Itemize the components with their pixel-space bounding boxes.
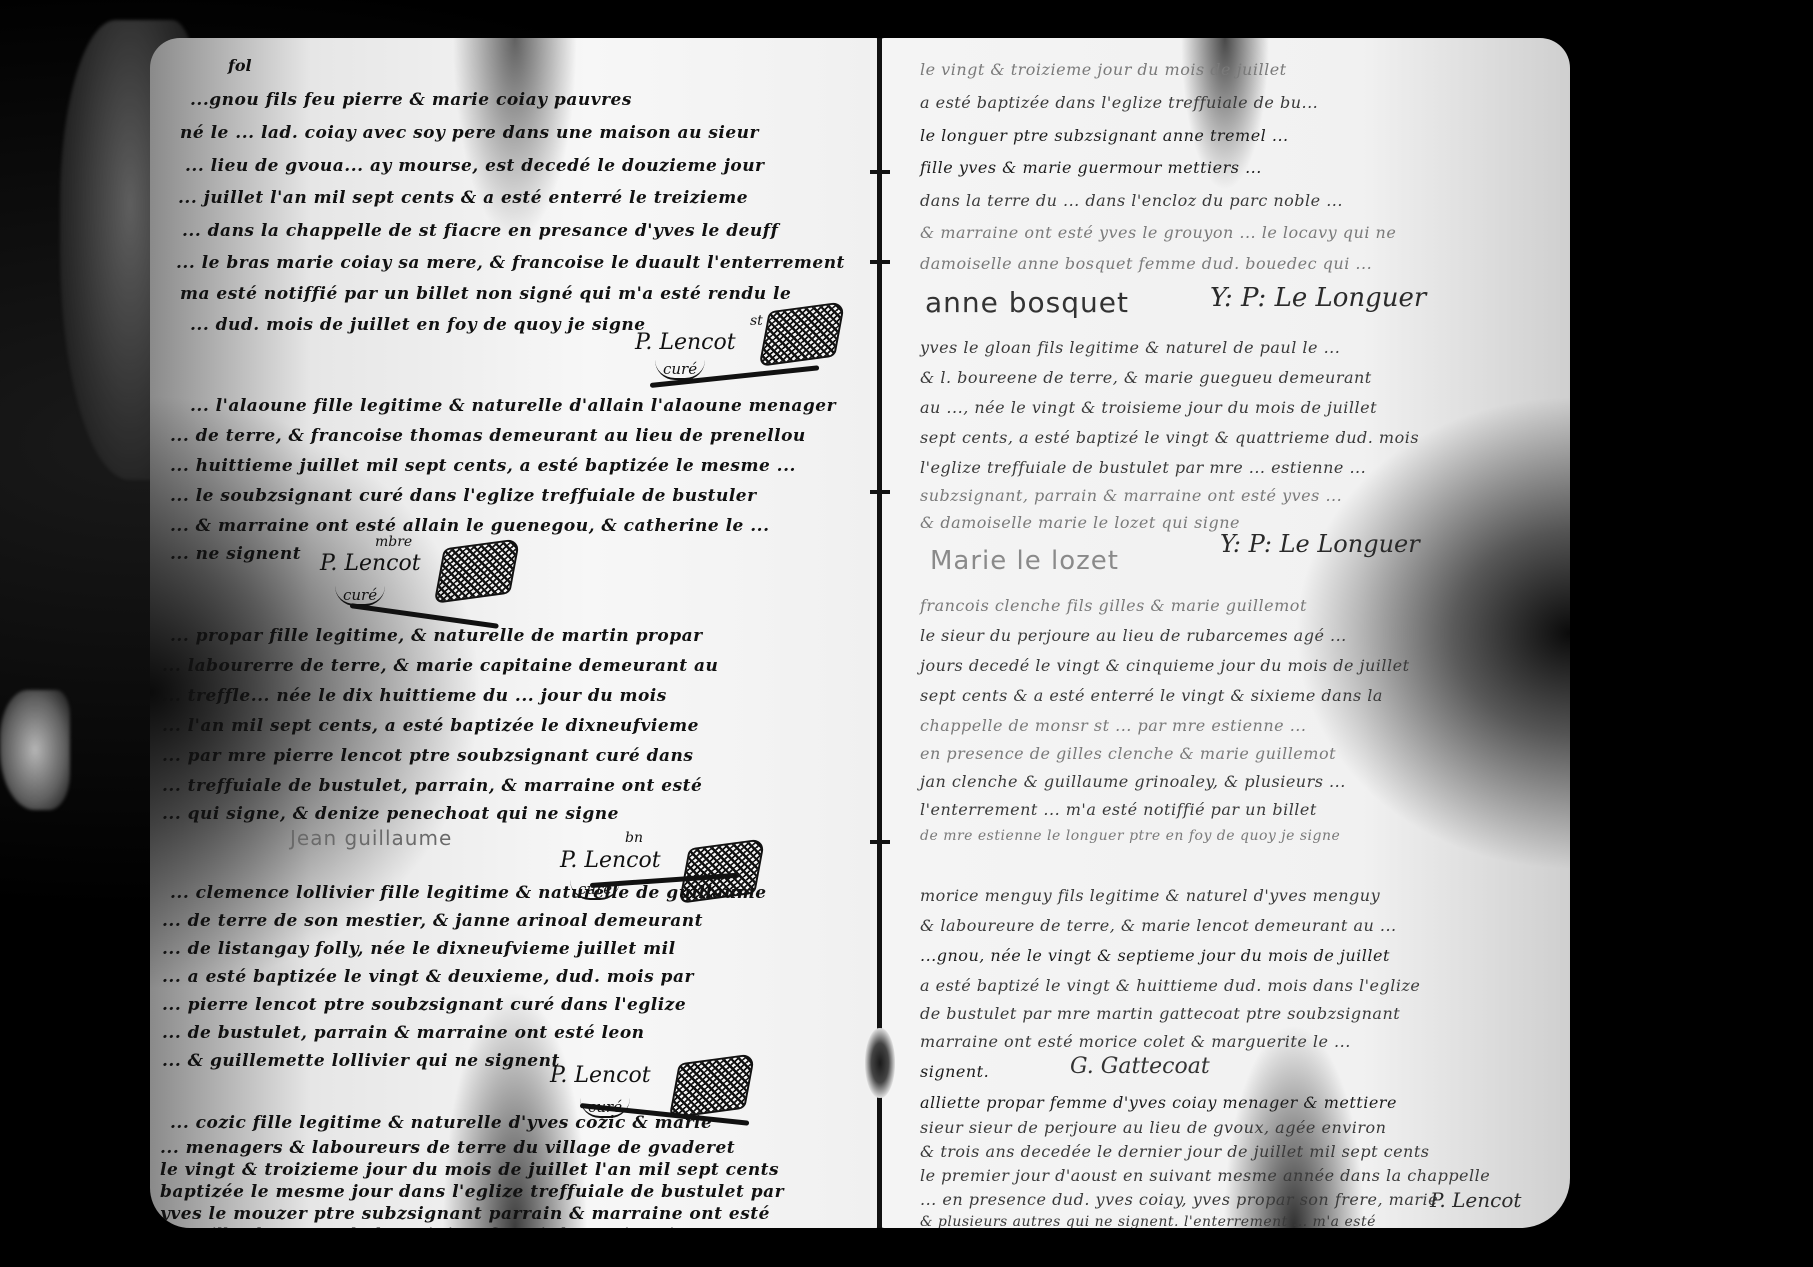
right-page: le vingt & troizieme jour du mois de jui… bbox=[880, 38, 1570, 1228]
signature-superscript: bn bbox=[625, 830, 643, 846]
entry-line: ... a esté baptizée le vingt & deuxieme,… bbox=[162, 967, 694, 987]
priest-signature: P. Lencot bbox=[1430, 1188, 1521, 1212]
entry-line: ... & marraine ont esté allain le gueneg… bbox=[170, 516, 770, 536]
witness-signature: Marie le lozet bbox=[930, 546, 1119, 576]
entry-line: le longuer ptre subzsignant anne tremel … bbox=[920, 126, 1289, 145]
entry-line: marraine ont esté morice colet & marguer… bbox=[920, 1032, 1351, 1051]
entry-line: subzsignant, parrain & marraine ont esté… bbox=[920, 486, 1342, 505]
entry-line: fille yves & marie guermour mettiers ... bbox=[920, 158, 1262, 177]
entry-line: ... lieu de gvoua... ay mourse, est dece… bbox=[185, 156, 765, 176]
binding-stitch-icon bbox=[870, 490, 890, 494]
witness-signature: anne bosquet bbox=[925, 286, 1129, 319]
entry-line: l'eglize treffuiale de bustulet par mre … bbox=[920, 458, 1366, 477]
entry-line: ... huittieme juillet mil sept cents, a … bbox=[170, 456, 796, 476]
entry-line: le sieur du perjoure au lieu de rubarcem… bbox=[920, 626, 1347, 645]
entry-line: le vingt & troizieme jour du mois de jui… bbox=[920, 60, 1287, 79]
entry-line: & laboureure de terre, & marie lencot de… bbox=[920, 916, 1397, 935]
entry-line: sept cents, a esté baptizé le vingt & qu… bbox=[920, 428, 1419, 447]
entry-line: ... pierre lencot ptre soubzsignant curé… bbox=[162, 995, 686, 1015]
priest-signature: P. Lencot bbox=[320, 551, 421, 576]
entry-line: ma esté notiffié par un billet non signé… bbox=[180, 284, 791, 304]
entry-line: ... & guillemette lollivier qui ne signe… bbox=[162, 1051, 560, 1071]
signature-paraph-icon bbox=[434, 538, 521, 604]
entry-line: le vingt & troizieme jour du mois de jui… bbox=[160, 1160, 779, 1180]
entry-line: ... menagers & laboureurs de terre du vi… bbox=[160, 1138, 735, 1158]
entry-line: signent. bbox=[920, 1062, 989, 1081]
priest-signature: Y: P: Le Longuer bbox=[1220, 530, 1420, 558]
entry-line: de bustulet par mre martin gattecoat ptr… bbox=[920, 1004, 1400, 1023]
open-register: fol ...gnou fils feu pierre & marie coia… bbox=[150, 38, 1570, 1228]
entry-line: yves le mouzer ptre subzsignant parrain … bbox=[160, 1204, 770, 1224]
entry-line: ... labourerre de terre, & marie capitai… bbox=[162, 656, 718, 676]
entry-line: ...gnou fils feu pierre & marie coiay pa… bbox=[190, 90, 632, 110]
priest-signature: P. Lencot bbox=[635, 330, 736, 355]
entry-line: ... treffle... née le dix huittieme du .… bbox=[162, 686, 667, 706]
entry-line: ... de terre, & francoise thomas demeura… bbox=[170, 426, 806, 446]
entry-line: de mre estienne le longuer ptre en foy d… bbox=[920, 828, 1340, 844]
entry-line: en presence de gilles clenche & marie gu… bbox=[920, 744, 1336, 763]
entry-line: morice menguy fils legitime & naturel d'… bbox=[920, 886, 1380, 905]
signature-paraph-icon bbox=[759, 301, 846, 367]
entry-line: ... de bustulet, parrain & marraine ont … bbox=[162, 1023, 645, 1043]
entry-line: yves le gloan fils legitime & naturel de… bbox=[920, 338, 1340, 357]
entry-line: dans la terre du ... dans l'encloz du pa… bbox=[920, 191, 1343, 210]
binding-stitch-icon bbox=[870, 170, 890, 174]
entry-line: jan clenche & guillaume grinoaley, & plu… bbox=[920, 772, 1346, 791]
priest-signature: Y: P: Le Longuer bbox=[1210, 283, 1426, 313]
entry-line: sept cents & a esté enterré le vingt & s… bbox=[920, 686, 1383, 705]
priest-signature: P. Lencot bbox=[560, 848, 661, 873]
entry-line: ... le bras marie coiay sa mere, & franc… bbox=[176, 253, 845, 273]
entry-line: ... le soubzsignant curé dans l'eglize t… bbox=[170, 486, 757, 506]
witness-signature: Jean guillaume bbox=[290, 826, 452, 850]
entry-line: ... propar fille legitime, & naturelle d… bbox=[170, 626, 703, 646]
entry-line: l'enterrement ... m'a esté notiffié par … bbox=[920, 800, 1317, 819]
entry-line: né le ... lad. coiay avec soy pere dans … bbox=[180, 123, 759, 143]
entry-line: ... dans la chappelle de st fiacre en pr… bbox=[182, 221, 778, 241]
flourish-stroke bbox=[350, 603, 499, 629]
entry-line: ... treffuiale de bustulet, parrain, & m… bbox=[162, 776, 702, 796]
entry-line: ...gnou, née le vingt & septieme jour du… bbox=[920, 946, 1390, 965]
entry-line: damoiselle anne bosquet femme dud. boued… bbox=[920, 254, 1372, 273]
entry-line: au ..., née le vingt & troisieme jour du… bbox=[920, 398, 1377, 417]
entry-line: ... de listangay folly, née le dixneufvi… bbox=[162, 939, 676, 959]
entry-line: chappelle de monsr st ... par mre estien… bbox=[920, 716, 1306, 735]
entry-line: francois clenche fils gilles & marie gui… bbox=[920, 596, 1307, 615]
entry-line: le premier jour d'aoust en suivant mesme… bbox=[920, 1166, 1490, 1185]
signature-superscript: mbre bbox=[375, 534, 412, 550]
left-page: fol ...gnou fils feu pierre & marie coia… bbox=[150, 38, 880, 1228]
priest-signature: P. Lencot bbox=[550, 1063, 651, 1088]
entry-line: a esté baptizé le vingt & huittieme dud.… bbox=[920, 976, 1420, 995]
entry-line: ... en presence dud. yves coiay, yves pr… bbox=[920, 1190, 1438, 1209]
entry-line: & plusieurs autres qui ne signent. l'ent… bbox=[920, 1214, 1376, 1228]
entry-line: ... l'alaoune fille legitime & naturelle… bbox=[190, 396, 836, 416]
binding-knot-icon bbox=[865, 1028, 895, 1098]
cure-title: curé bbox=[335, 586, 385, 606]
entry-line: & marraine ont esté yves le grouyon ... … bbox=[920, 223, 1396, 242]
entry-line: alliette propar femme d'yves coiay menag… bbox=[920, 1093, 1397, 1112]
entry-line: ... par mre pierre lencot ptre soubzsign… bbox=[162, 746, 693, 766]
entry-line: yves gilles de coatgourheden qui signe &… bbox=[160, 1226, 705, 1228]
signature-superscript: st bbox=[750, 313, 763, 329]
binding-stitch-icon bbox=[870, 260, 890, 264]
entry-line: ... juillet l'an mil sept cents & a esté… bbox=[178, 188, 748, 208]
binding-stitch-icon bbox=[870, 840, 890, 844]
priest-signature: G. Gattecoat bbox=[1070, 1054, 1210, 1079]
folio-note: fol bbox=[228, 56, 252, 75]
entry-line: ... de terre de son mestier, & janne ari… bbox=[162, 911, 703, 931]
entry-line: ... cozic fille legitime & naturelle d'y… bbox=[170, 1113, 712, 1133]
torn-page-fragment bbox=[0, 690, 70, 810]
entry-line: & damoiselle marie le lozet qui signe bbox=[920, 513, 1240, 532]
entry-line: a esté baptizée dans l'eglize treffuiale… bbox=[920, 93, 1318, 112]
entry-line: & l. boureene de terre, & marie guegueu … bbox=[920, 368, 1372, 387]
entry-line: sieur sieur de perjoure au lieu de gvoux… bbox=[920, 1118, 1386, 1137]
entry-line: ... qui signe, & denize penechoat qui ne… bbox=[162, 804, 619, 824]
entry-line: & trois ans decedée le dernier jour de j… bbox=[920, 1142, 1430, 1161]
entry-line: baptizée le mesme jour dans l'eglize tre… bbox=[160, 1182, 784, 1202]
signature-paraph-icon bbox=[669, 1053, 756, 1119]
entry-line: ... clemence lollivier fille legitime & … bbox=[170, 883, 767, 903]
entry-line: ... dud. mois de juillet en foy de quoy … bbox=[190, 315, 646, 335]
entry-line: ... l'an mil sept cents, a esté baptizée… bbox=[162, 716, 699, 736]
entry-line: jours decedé le vingt & cinquieme jour d… bbox=[920, 656, 1410, 675]
entry-line: ... ne signent bbox=[170, 544, 301, 564]
